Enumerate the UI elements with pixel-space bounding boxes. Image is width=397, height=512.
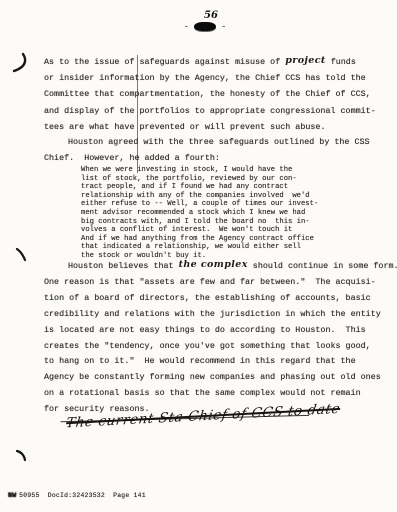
text-line: As to the issue of safeguards against mi… <box>44 54 394 70</box>
handwritten-insert: project <box>285 55 325 66</box>
dash-right: - <box>221 23 226 31</box>
check-mark-icon <box>15 247 29 263</box>
paragraph-1: As to the issue of safeguards against mi… <box>44 54 394 135</box>
text-line: Houston believes that the complex should… <box>44 258 394 275</box>
quote-line: When we were investing in stock, I would… <box>81 166 341 175</box>
text-line: credibility and relations with the juris… <box>44 307 394 323</box>
quote-line: list of stock, the portfolio, reviewed b… <box>81 175 341 184</box>
footer: NW 50955 DocId:32423532 Page 141 <box>8 492 146 499</box>
text-line: creates the "tendency, once you've got s… <box>44 339 394 355</box>
text-line: One reason is that "assets are few and f… <box>44 275 394 291</box>
quote-line: big contracts with, and I told the board… <box>81 218 341 227</box>
quote-line: that indicated a relationship, we would … <box>81 243 341 252</box>
quote-line: either refuse to -- Well, a couple of ti… <box>81 200 341 209</box>
page-number: 56 <box>194 10 228 21</box>
text-line: Houston agreed with the three safeguards… <box>44 134 394 150</box>
footer-text: 50955 DocId:32423532 Page 141 <box>19 492 146 499</box>
text-line: Agency be constantly forming new compani… <box>44 370 394 386</box>
paragraph-3: Houston believes that the complex should… <box>44 258 394 418</box>
paragraph-2: Houston agreed with the three safeguards… <box>44 134 394 166</box>
redaction-smudge-icon <box>194 22 216 31</box>
text-line: and display of the portfolios to appropr… <box>44 103 394 119</box>
text-line: tion of a board of directors, the establ… <box>44 291 394 307</box>
text-line: Chief. However, he added a fourth: <box>44 150 394 166</box>
quote-line: volves a conflict of interest. We won't … <box>81 226 341 235</box>
scanned-document-page: 56 - - As to the issue of safeguards aga… <box>0 0 397 512</box>
block-quote: When we were investing in stock, I would… <box>81 166 341 261</box>
quote-line: ment advisor recommended a stock which I… <box>81 209 341 218</box>
footer-stamp: NW <box>8 492 16 499</box>
check-mark-icon <box>15 448 29 464</box>
text-segment: Houston believes that <box>68 261 179 271</box>
text-segment: As to the issue of safeguards against mi… <box>44 57 285 67</box>
text-line: or insider information by the Agency, th… <box>44 70 394 86</box>
text-line: is located are not easy things to do acc… <box>44 323 394 339</box>
page-number-smudge-row: - - <box>182 22 228 31</box>
text-line: to hang on to it." He would recommend in… <box>44 354 394 370</box>
dash-left: - <box>184 23 189 31</box>
handwritten-insert: the complex <box>179 259 248 270</box>
hook-mark-icon <box>9 52 29 74</box>
text-line: Committee that compartmentation, the hon… <box>44 86 394 102</box>
text-segment: should continue in some form. <box>248 261 397 271</box>
text-segment: funds <box>326 57 356 67</box>
page-number-block: 56 - - <box>182 10 228 31</box>
text-line: on a rotational basis so that the same c… <box>44 386 394 402</box>
text-line: tees are what have prevented or will pre… <box>44 119 394 135</box>
quote-line: tract people, and if I found we had any … <box>81 183 341 192</box>
